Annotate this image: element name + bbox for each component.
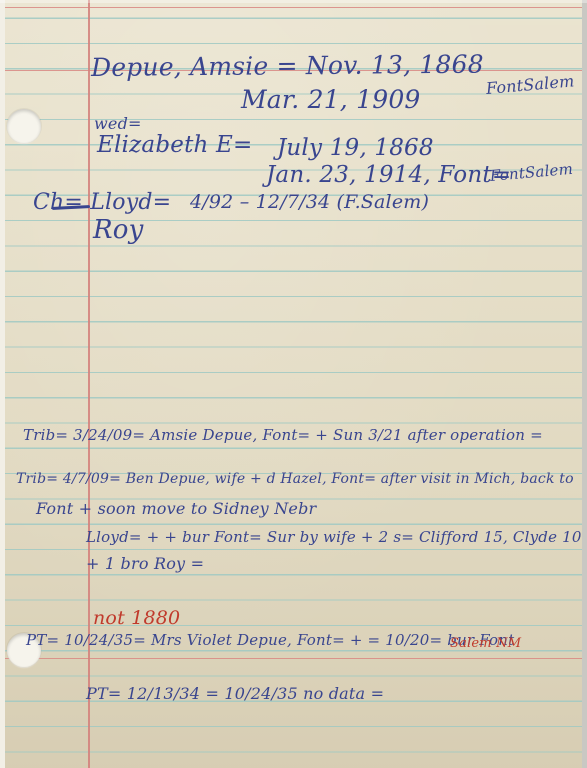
handwriting-salem-nm-red: Salem NM xyxy=(450,636,521,651)
handwriting-roy: Roy xyxy=(93,215,144,245)
handwriting-elizabeth: Elizabeth E= xyxy=(97,132,253,158)
handwriting-trib-note-2-line1: Trib= 4/7/09= Ben Depue, wife + d Hazel,… xyxy=(16,471,574,487)
handwriting-depue-header: Depue, Amsie = Nov. 13, 1868 xyxy=(91,50,484,82)
handwriting-pt-note-2: PT= 12/13/34 = 10/24/35 no data = xyxy=(86,684,384,703)
red-margin-line xyxy=(88,0,90,768)
scanned-note-page: Depue, Amsie = Nov. 13, 1868 Mar. 21, 19… xyxy=(0,0,587,768)
handwriting-lloyd-dates: 4/92 – 12/7/34 (F.Salem) xyxy=(190,191,429,213)
handwriting-not-1880-red: not 1880 xyxy=(93,607,180,629)
handwriting-wed-label: wed= xyxy=(94,114,142,133)
handwriting-pt-note-1: PT= 10/24/35= Mrs Violet Depue, Font= + … xyxy=(26,631,514,649)
handwriting-lloyd-survivors-line2: + 1 bro Roy = xyxy=(86,554,204,573)
punch-hole-top xyxy=(7,109,41,143)
handwriting-elizabeth-birth: July 19, 1868 xyxy=(277,135,434,161)
handwriting-children-lloyd: Ch= Lloyd= xyxy=(33,190,171,215)
scan-edge-left xyxy=(0,0,5,768)
handwriting-trib-note-1: Trib= 3/24/09= Amsie Depue, Font= + Sun … xyxy=(23,426,543,444)
scan-edge-right xyxy=(582,0,587,768)
handwriting-depue-death-date: Mar. 21, 1909 xyxy=(241,85,421,114)
scan-edge-top xyxy=(0,0,587,3)
handwriting-lloyd-survivors-line1: Lloyd= + + bur Font= Sur by wife + 2 s= … xyxy=(86,528,582,546)
handwriting-trib-note-2-line2: Font + soon move to Sidney Nebr xyxy=(36,499,316,518)
handwriting-elizabeth-death: Jan. 23, 1914, Font= xyxy=(266,162,511,188)
